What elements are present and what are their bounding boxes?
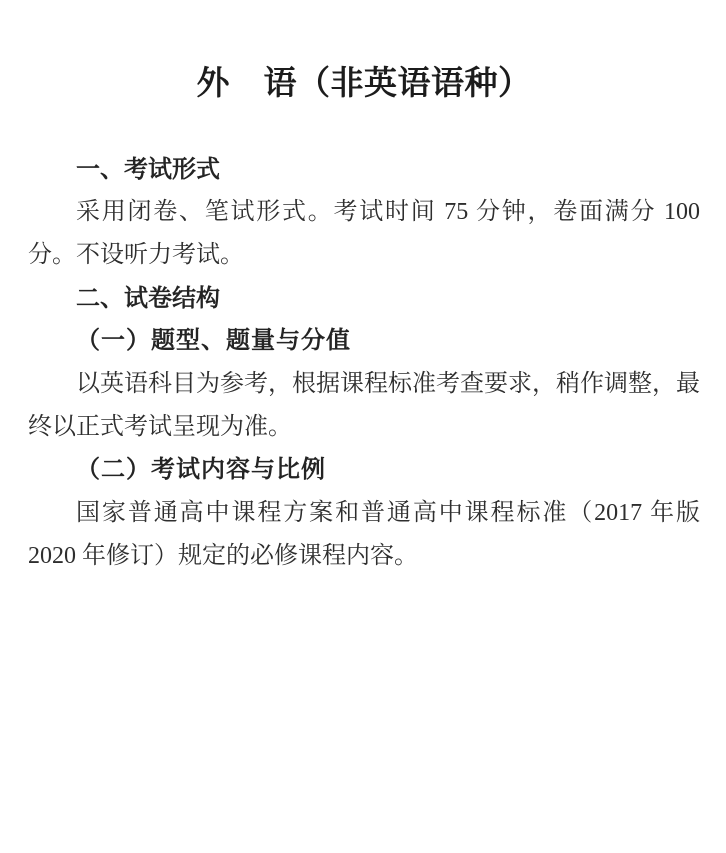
subsection-heading-question-types: （一）题型、题量与分值 bbox=[28, 320, 700, 363]
section-heading-paper-structure: 二、试卷结构 bbox=[28, 277, 700, 320]
section-heading-exam-format: 一、考试形式 bbox=[28, 148, 700, 191]
subsection-heading-exam-content: （二）考试内容与比例 bbox=[28, 449, 700, 492]
document-page: 外 语（非英语语种） 一、考试形式 采用闭卷、笔试形式。考试时间 75 分钟，卷… bbox=[0, 0, 726, 853]
document-title: 外 语（非英语语种） bbox=[28, 62, 700, 106]
paragraph-exam-format: 采用闭卷、笔试形式。考试时间 75 分钟，卷面满分 100 分。不设听力考试。 bbox=[28, 191, 700, 277]
paragraph-question-types: 以英语科目为参考，根据课程标准考查要求，稍作调整，最终以正式考试呈现为准。 bbox=[28, 363, 700, 449]
paragraph-exam-content: 国家普通高中课程方案和普通高中课程标准（2017 年版 2020 年修订）规定的… bbox=[28, 492, 700, 578]
